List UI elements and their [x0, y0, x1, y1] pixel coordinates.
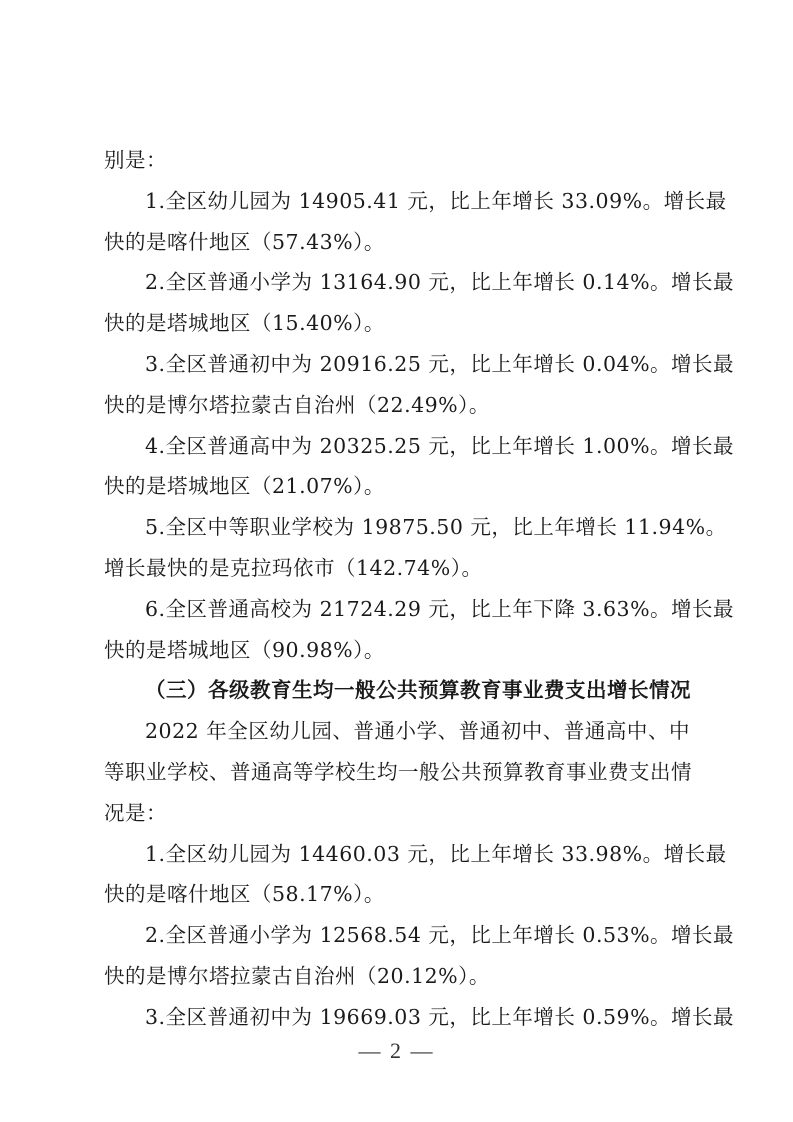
page-number: — 2 — [0, 1038, 793, 1064]
text-line: 1.全区幼儿园为 14460.03 元，比上年增长 33.98%。增长最 [104, 837, 690, 878]
document-body: 别是：1.全区幼儿园为 14905.41 元，比上年增长 33.09%。增长最快… [104, 143, 690, 1041]
text-line: 3.全区普通初中为 19669.03 元，比上年增长 0.59%。增长最 [104, 1000, 690, 1041]
text-line: 1.全区幼儿园为 14905.41 元，比上年增长 33.09%。增长最 [104, 184, 690, 225]
text-line: 快的是塔城地区（90.98%）。 [104, 633, 690, 674]
text-line: 快的是喀什地区（58.17%）。 [104, 877, 690, 918]
text-line: 等职业学校、普通高等学校生均一般公共预算教育事业费支出情 [104, 755, 690, 796]
text-line: 4.全区普通高中为 20325.25 元，比上年增长 1.00%。增长最 [104, 429, 690, 470]
text-line: 3.全区普通初中为 20916.25 元，比上年增长 0.04%。增长最 [104, 347, 690, 388]
text-line: 2022 年全区幼儿园、普通小学、普通初中、普通高中、中 [104, 714, 690, 755]
text-line: 5.全区中等职业学校为 19875.50 元，比上年增长 11.94%。 [104, 510, 690, 551]
text-line: 6.全区普通高校为 21724.29 元，比上年下降 3.63%。增长最 [104, 592, 690, 633]
text-line: 快的是博尔塔拉蒙古自治州（22.49%）。 [104, 388, 690, 429]
text-line: 快的是塔城地区（15.40%）。 [104, 306, 690, 347]
text-line: 2.全区普通小学为 13164.90 元，比上年增长 0.14%。增长最 [104, 265, 690, 306]
text-line: 快的是博尔塔拉蒙古自治州（20.12%）。 [104, 959, 690, 1000]
section-heading: （三）各级教育生均一般公共预算教育事业费支出增长情况 [104, 673, 690, 714]
text-line: 况是： [104, 796, 690, 837]
text-line: 别是： [104, 143, 690, 184]
text-line: 2.全区普通小学为 12568.54 元，比上年增长 0.53%。增长最 [104, 918, 690, 959]
text-line: 快的是喀什地区（57.43%）。 [104, 225, 690, 266]
text-line: 快的是塔城地区（21.07%）。 [104, 469, 690, 510]
text-line: 增长最快的是克拉玛依市（142.74%）。 [104, 551, 690, 592]
